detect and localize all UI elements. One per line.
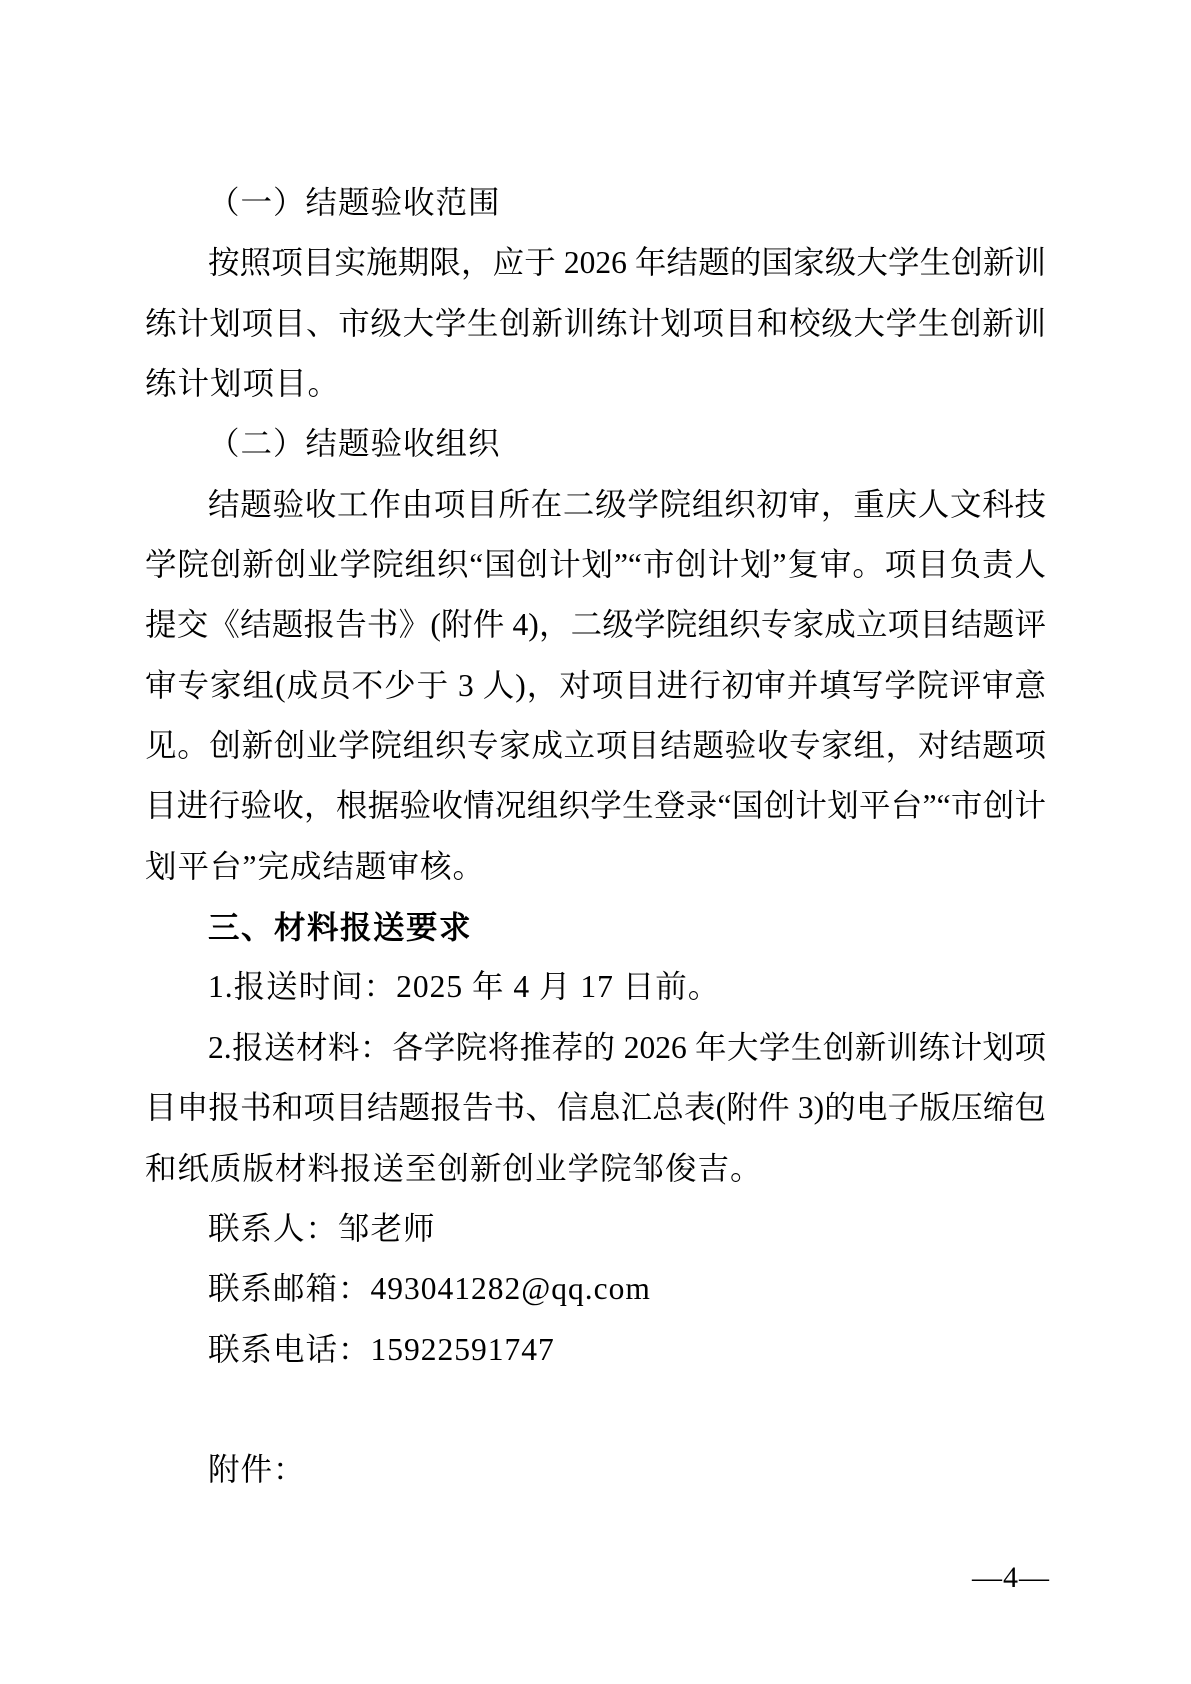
paragraph-line: 2.报送材料：各学院将推荐的 2026 年大学生创新训练计划项: [145, 1018, 1046, 1078]
paragraph-line: 见。创新创业学院组织专家成立项目结题验收专家组，对结题项: [145, 716, 1046, 776]
contact-person-line: 联系人：邹老师: [145, 1199, 1046, 1259]
paragraph-line: 结题验收工作由项目所在二级学院组织初审，重庆人文科技: [145, 475, 1046, 535]
paragraph-line: 学院创新创业学院组织“国创计划”“市创计划”复审。项目负责人: [145, 535, 1046, 595]
paragraph-line: 目申报书和项目结题报告书、信息汇总表(附件 3)的电子版压缩包: [145, 1078, 1046, 1138]
document-page: （一）结题验收范围 按照项目实施期限，应于 2026 年结题的国家级大学生创新训…: [0, 0, 1191, 1684]
deadline-line: 1.报送时间：2025 年 4 月 17 日前。: [145, 957, 1046, 1017]
paragraph-line: 练计划项目。: [145, 354, 1046, 414]
section-heading-1: （一）结题验收范围: [145, 173, 1046, 233]
attachment-label: 附件：: [145, 1440, 1046, 1500]
paragraph-line: 和纸质版材料报送至创新创业学院邹俊吉。: [145, 1139, 1046, 1199]
blank-line: [145, 1380, 1046, 1440]
paragraph-line: 提交《结题报告书》(附件 4)，二级学院组织专家成立项目结题评: [145, 595, 1046, 655]
contact-phone-line: 联系电话：15922591747: [145, 1320, 1046, 1380]
paragraph-line: 按照项目实施期限，应于 2026 年结题的国家级大学生创新训: [145, 233, 1046, 293]
paragraph-line: 目进行验收，根据验收情况组织学生登录“国创计划平台”“市创计: [145, 776, 1046, 836]
paragraph-line: 审专家组(成员不少于 3 人)，对项目进行初审并填写学院评审意: [145, 656, 1046, 716]
page-number: —4—: [972, 1560, 1050, 1596]
paragraph-line: 划平台”完成结题审核。: [145, 837, 1046, 897]
document-body: （一）结题验收范围 按照项目实施期限，应于 2026 年结题的国家级大学生创新训…: [145, 173, 1046, 1501]
section-heading-2: （二）结题验收组织: [145, 414, 1046, 474]
contact-email-line: 联系邮箱：493041282@qq.com: [145, 1259, 1046, 1319]
section-heading-3: 三、材料报送要求: [145, 897, 1046, 957]
paragraph-line: 练计划项目、市级大学生创新训练计划项目和校级大学生创新训: [145, 294, 1046, 354]
